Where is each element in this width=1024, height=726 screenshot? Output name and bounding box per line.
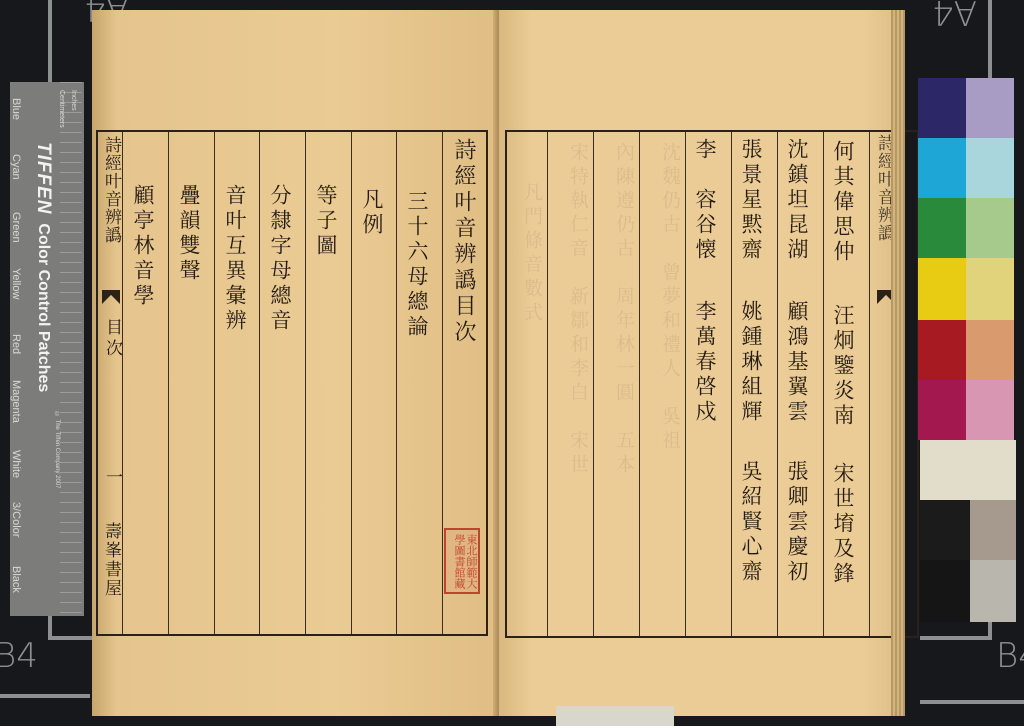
margin-rule bbox=[122, 132, 123, 634]
open-book: 詩經叶音辨譌 目次 一 壽峯書屋 詩經叶音辨譌目次 三十六母總論 凡例 等子圖 … bbox=[92, 10, 918, 716]
left-page: 詩經叶音辨譌 目次 一 壽峯書屋 詩經叶音辨譌目次 三十六母總論 凡例 等子圖 … bbox=[92, 10, 499, 716]
library-seal: 東北師範大學圖書館藏 bbox=[444, 528, 480, 594]
name-entry: 汪炯鑒炎南 bbox=[832, 304, 853, 429]
patch-black-light bbox=[970, 560, 1016, 622]
right-page: 凡門條音數式 宋特執仁音 新鄒和李白 宋世 內陳遵仍古 周年林一圓 五本 沈魏仍… bbox=[499, 10, 905, 716]
patch-label-red: Red bbox=[10, 334, 22, 354]
column-rule bbox=[547, 132, 548, 636]
margin-leaf-number: 一 bbox=[103, 468, 120, 489]
grid-line bbox=[920, 636, 990, 640]
toc-entry: 疊韻雙聲 bbox=[178, 184, 199, 284]
patch-yellow-light bbox=[966, 258, 1014, 320]
name-entry: 李 容谷懐 bbox=[694, 138, 715, 263]
patch-cyan-dark bbox=[918, 138, 966, 198]
patch-label-white: White bbox=[10, 450, 22, 478]
patch-label-black: Black bbox=[10, 566, 22, 593]
column-rule bbox=[396, 132, 397, 634]
patch-3color-dark bbox=[920, 500, 970, 560]
right-page-frame: 凡門條音數式 宋特執仁音 新鄒和李白 宋世 內陳遵仍古 周年林一圓 五本 沈魏仍… bbox=[505, 130, 919, 638]
patch-black-dark bbox=[920, 560, 970, 622]
toc-entry: 分隸字母總音 bbox=[269, 184, 290, 334]
name-entry: 李萬春啓戍 bbox=[694, 300, 715, 425]
patch-green-light bbox=[966, 198, 1014, 258]
toc-entry: 音叶互異彙辨 bbox=[224, 184, 245, 334]
column-rule bbox=[593, 132, 594, 636]
name-entry: 何其偉思仲 bbox=[832, 140, 853, 265]
patch-label-blue: Blue bbox=[10, 98, 22, 120]
column-rule bbox=[168, 132, 169, 634]
column-rule bbox=[823, 132, 824, 636]
patch-label-yellow: Yellow bbox=[10, 268, 22, 299]
margin-section: 目次 bbox=[103, 318, 120, 360]
column-rule bbox=[685, 132, 686, 636]
patch-label-3color: 3/Color bbox=[10, 502, 22, 537]
toc-entry: 凡例 bbox=[361, 188, 382, 238]
patch-label-magenta: Magenta bbox=[10, 380, 22, 423]
patch-cyan-light bbox=[966, 138, 1014, 198]
patch-magenta-light bbox=[966, 380, 1014, 440]
patch-blue-light bbox=[966, 78, 1014, 138]
ruler-scale bbox=[60, 82, 82, 616]
column-rule bbox=[351, 132, 352, 634]
patch-label-green: Green bbox=[10, 212, 22, 243]
tiffen-logo: TIFFEN Color Control Patches bbox=[32, 142, 54, 392]
patch-yellow-dark bbox=[918, 258, 966, 320]
name-entry: 張卿雲慶初 bbox=[786, 460, 807, 585]
toc-entry: 顧亭林音學 bbox=[132, 184, 153, 309]
grid-label: B4 bbox=[0, 636, 38, 676]
color-patches bbox=[918, 78, 1016, 624]
column-rule bbox=[259, 132, 260, 634]
grid-label: A4 bbox=[932, 0, 977, 32]
bleed-through-text: 凡門條音數式 bbox=[519, 182, 546, 326]
grid-line bbox=[0, 694, 90, 698]
toc-entry: 等子圖 bbox=[315, 184, 336, 259]
ruler-copyright: © The Tiffen Company 2007 bbox=[54, 412, 60, 489]
ruler-unit-cm: Centimeters bbox=[58, 90, 65, 128]
margin-rule bbox=[869, 132, 870, 636]
grid-line bbox=[48, 636, 98, 640]
bleed-through-text: 沈魏仍古 曾夢和禮人 吳祖 bbox=[657, 142, 684, 454]
ruler-unit-inches: Inches bbox=[70, 90, 77, 111]
name-entry: 沈鎮坦昆湖 bbox=[786, 138, 807, 263]
column-rule bbox=[777, 132, 778, 636]
column-rule bbox=[305, 132, 306, 634]
margin-book-title: 詩經叶音辨譌 bbox=[102, 136, 119, 244]
fishtail-mark bbox=[102, 290, 120, 304]
name-entry: 姚鍾琳組輝 bbox=[740, 300, 761, 425]
name-entry: 張景星黙齋 bbox=[740, 138, 761, 263]
page-edges bbox=[891, 10, 905, 716]
patch-red-light bbox=[966, 320, 1014, 380]
column-rule bbox=[214, 132, 215, 634]
patch-white bbox=[920, 440, 1016, 500]
patch-label-cyan: Cyan bbox=[10, 154, 22, 180]
patch-magenta-dark bbox=[918, 380, 966, 440]
name-entry: 吳紹賢心齋 bbox=[740, 460, 761, 585]
margin-book-title: 詩經叶音辨譌 bbox=[875, 134, 892, 242]
grid-line bbox=[920, 700, 1024, 704]
bleed-through-text: 內陳遵仍古 周年林一圓 五本 bbox=[611, 142, 638, 478]
bleed-through-text: 宋特執仁音 新鄒和李白 宋世 bbox=[565, 142, 592, 478]
patch-green-dark bbox=[918, 198, 966, 258]
left-page-frame: 詩經叶音辨譌 目次 一 壽峯書屋 詩經叶音辨譌目次 三十六母總論 凡例 等子圖 … bbox=[96, 130, 488, 636]
column-rule bbox=[731, 132, 732, 636]
patch-3color-light bbox=[970, 500, 1016, 560]
name-entry: 顧鴻基翼雲 bbox=[786, 300, 807, 425]
patch-blue-dark bbox=[918, 78, 966, 138]
color-control-ruler: Inches Centimeters TIFFEN Color Control … bbox=[10, 82, 84, 616]
margin-publisher: 壽峯書屋 bbox=[102, 522, 119, 598]
bookmark-slip bbox=[556, 706, 674, 726]
column-rule bbox=[442, 132, 443, 634]
column-rule bbox=[639, 132, 640, 636]
toc-heading: 詩經叶音辨譌目次 bbox=[452, 138, 474, 346]
name-entry: 宋世堉及鋒 bbox=[832, 462, 853, 587]
patch-red-dark bbox=[918, 320, 966, 380]
toc-entry: 三十六母總論 bbox=[406, 190, 427, 340]
grid-label: B4 bbox=[996, 636, 1024, 676]
